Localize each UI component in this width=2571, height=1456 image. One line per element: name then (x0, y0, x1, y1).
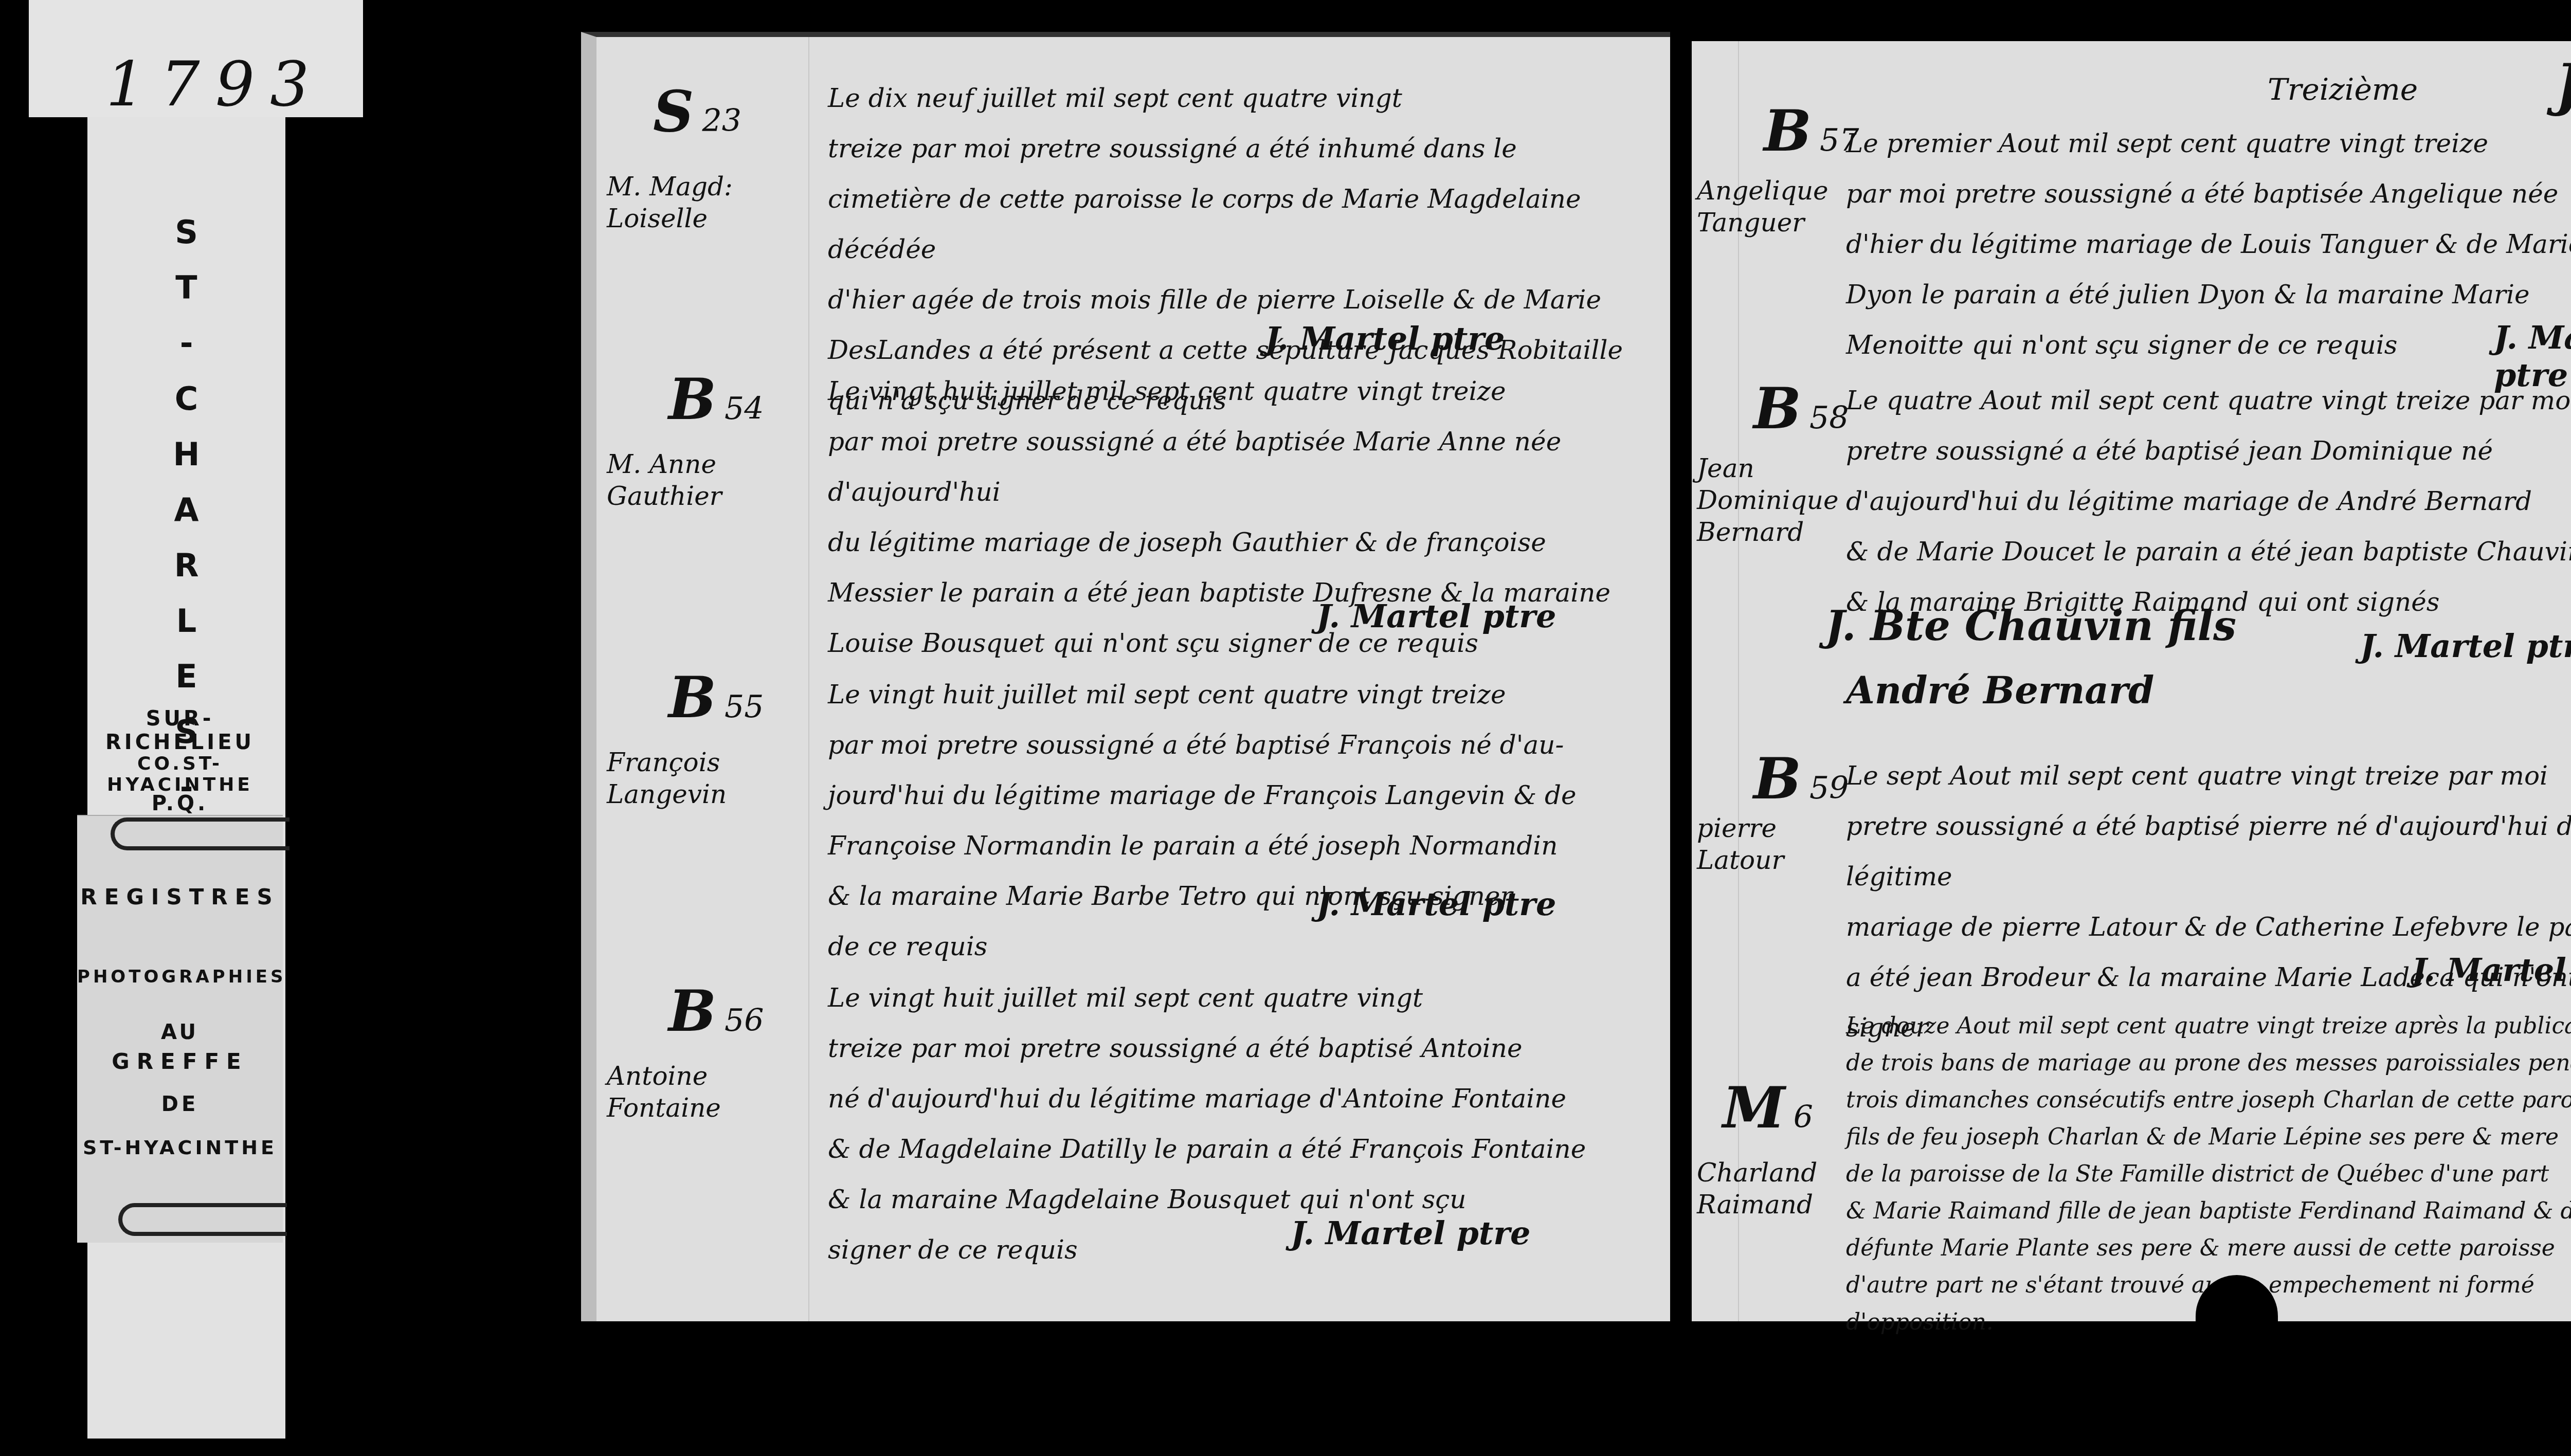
entry-text: Le premier Aout mil sept cent quatre vin… (1846, 118, 2571, 370)
witness-signature: André Bernard (1846, 668, 2154, 712)
year-label: 1793 (106, 49, 324, 120)
entry-marker: B57 (1764, 98, 1859, 164)
entry-type: B (668, 978, 716, 1044)
label-letter: A (87, 482, 285, 538)
margin-name: Angelique Tanguer (1697, 175, 1831, 239)
entry-type: B (668, 366, 716, 432)
entry-number: 6 (1794, 1099, 1813, 1135)
witness-signature: J. Bte Chauvin fils (1825, 602, 2236, 650)
label-letter: T (87, 260, 285, 316)
priest-signature: J. Martel ptre (1316, 885, 1556, 923)
entry-number: 55 (725, 689, 764, 725)
entry-marker: B56 (668, 978, 764, 1044)
entry-marker: B55 (668, 664, 764, 731)
label-letter: - (87, 316, 285, 371)
label-letter: S (87, 205, 285, 260)
entry-number: 59 (1809, 770, 1849, 806)
priest-signature: J. Martel ptre (2360, 627, 2571, 665)
label-letter: L (87, 593, 285, 649)
label-line-province: P.Q. (77, 792, 283, 815)
margin-name: Charland Raimand (1697, 1157, 1831, 1221)
year-tab: 1793 (29, 0, 363, 117)
entry-type: M (1723, 1075, 1785, 1141)
priest-signature: J. Martel ptre (1291, 1214, 1530, 1252)
margin-name: M. Magd: Loiselle (607, 171, 740, 234)
margin-name: François Langevin (607, 747, 740, 810)
label-line-au: AU (77, 1021, 283, 1044)
label-line-st-hyacinthe: ST-HYACINTHE (77, 1136, 283, 1159)
entry-type: B (1753, 745, 1801, 812)
margin-name: M. Anne Gauthier (607, 448, 740, 512)
entry-marker: M6 (1723, 1075, 1813, 1141)
register-page-left: S23 M. Magd: Loiselle Le dix neuf juille… (581, 32, 1670, 1321)
priest-signature: J. Martel ptre (1316, 597, 1556, 635)
label-line-photographies: PHOTOGRAPHIES (77, 967, 283, 987)
label-line-county: CO.ST-HYACINTHE (77, 753, 283, 795)
label-letter: R (87, 538, 285, 593)
page-header: Treizième (2268, 72, 2418, 107)
entry-type: S (653, 78, 694, 144)
register-page-right: Treizième J. H. B57 Angelique Tanguer Le… (1692, 41, 2571, 1321)
label-line-greffe: GREFFE (77, 1049, 283, 1074)
label-letter: H (87, 427, 285, 482)
entry-marker: B54 (668, 366, 764, 432)
entry-type: B (1753, 375, 1801, 442)
entry-marker: B58 (1753, 375, 1849, 442)
entry-type: B (1764, 98, 1812, 164)
label-letter: C (87, 371, 285, 427)
margin-name: Antoine Fontaine (607, 1060, 740, 1124)
priest-signature: J. Martel ptre (2412, 951, 2571, 989)
entry-number: 58 (1809, 400, 1849, 436)
entry-number: 23 (702, 103, 741, 139)
entry-marker: B59 (1753, 745, 1849, 812)
entry-text: Le quatre Aout mil sept cent quatre ving… (1846, 375, 2571, 627)
margin-name: pierre Latour (1697, 812, 1831, 876)
entry-number: 56 (725, 1003, 764, 1039)
margin-name: Jean Dominique Bernard (1697, 452, 1836, 548)
label-letter: E (87, 649, 285, 704)
folio-mark: J. H. (2556, 51, 2571, 118)
paper-clip-icon (111, 817, 289, 850)
priest-signature: J. Martel ptre (1265, 320, 1505, 357)
entry-type: B (668, 664, 716, 731)
entry-text: Le vingt huit juillet mil sept cent quat… (828, 669, 1651, 972)
label-line-de: DE (77, 1093, 283, 1116)
label-line-sur-richelieu: SUR-RICHELIEU (77, 707, 283, 754)
entry-marker: S23 (653, 78, 741, 144)
margin-rule (808, 37, 809, 1321)
entry-number: 54 (725, 391, 764, 427)
label-line-registres: REGISTRES (77, 884, 283, 909)
paper-clip-icon (118, 1203, 287, 1236)
